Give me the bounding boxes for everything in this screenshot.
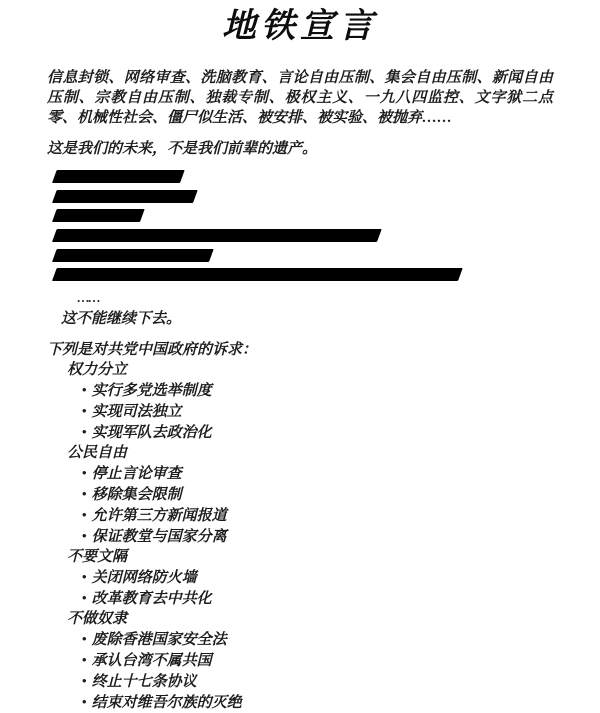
redacted-line bbox=[52, 268, 463, 281]
bullet-icon: • bbox=[82, 588, 87, 608]
demand-item-text: 终止十七条协议 bbox=[92, 674, 197, 690]
demand-item-text: 实现司法独立 bbox=[92, 404, 182, 420]
bullet-icon: • bbox=[82, 567, 87, 587]
demand-item: •停止言论审查 bbox=[82, 463, 600, 484]
redacted-line bbox=[52, 209, 145, 222]
demand-item: •废除香港国家安全法 bbox=[82, 629, 600, 650]
cannot-continue-paragraph: 这不能继续下去。 bbox=[61, 309, 600, 329]
demand-group-heading-no-cultural-isolation: 不要文隔 bbox=[67, 547, 600, 567]
demand-item: •承认台湾不属共国 bbox=[82, 650, 600, 671]
bullet-icon: • bbox=[82, 422, 87, 442]
demands-list: 权力分立 •实行多党选举制度 •实现司法独立 •实现军队去政治化 公民自由 •停… bbox=[0, 360, 600, 713]
demand-item-text: 允许第三方新闻报道 bbox=[92, 508, 227, 524]
demand-item-text: 结束对维吾尔族的灭绝 bbox=[92, 695, 242, 711]
demand-item-text: 移除集会限制 bbox=[92, 487, 182, 503]
demand-item-text: 实现军队去政治化 bbox=[92, 425, 212, 441]
bullet-icon: • bbox=[82, 671, 87, 691]
demand-group-heading-separation-of-powers: 权力分立 bbox=[67, 360, 600, 380]
demands-intro: 下列是对共党中国政府的诉求： bbox=[47, 340, 600, 360]
demand-item: •移除集会限制 bbox=[82, 484, 600, 505]
bullet-icon: • bbox=[82, 629, 87, 649]
page-title: 地铁宣言 bbox=[0, 0, 600, 44]
demand-item: •实现军队去政治化 bbox=[82, 422, 600, 443]
redacted-line bbox=[52, 190, 198, 203]
demand-item-text: 承认台湾不属共国 bbox=[92, 653, 212, 669]
bullet-icon: • bbox=[82, 650, 87, 670]
demand-item-text: 废除香港国家安全法 bbox=[92, 632, 227, 648]
bullet-icon: • bbox=[82, 401, 87, 421]
demand-item: •关闭网络防火墙 bbox=[82, 567, 600, 588]
ellipsis-text: …… bbox=[77, 291, 600, 304]
bullet-icon: • bbox=[82, 380, 87, 400]
demand-item-text: 关闭网络防火墙 bbox=[92, 570, 197, 586]
demand-group-heading-civil-liberties: 公民自由 bbox=[67, 443, 600, 463]
bullet-icon: • bbox=[82, 463, 87, 483]
bullet-icon: • bbox=[82, 692, 87, 712]
demand-item: •实行多党选举制度 bbox=[82, 380, 600, 401]
demand-item-text: 保证教堂与国家分离 bbox=[92, 529, 227, 545]
demand-item-text: 实行多党选举制度 bbox=[92, 383, 212, 399]
demand-item: •实现司法独立 bbox=[82, 401, 600, 422]
redacted-line bbox=[52, 170, 185, 183]
intro-paragraph: 信息封锁、网络审查、洗脑教育、言论自由压制、集会自由压制、新闻自由压制、宗教自由… bbox=[47, 68, 553, 128]
demand-item: •改革教育去中共化 bbox=[82, 588, 600, 609]
manifesto-document: 地铁宣言 信息封锁、网络审查、洗脑教育、言论自由压制、集会自由压制、新闻自由压制… bbox=[0, 0, 600, 713]
demand-item-text: 改革教育去中共化 bbox=[92, 591, 212, 607]
demand-item: •允许第三方新闻报道 bbox=[82, 505, 600, 526]
demand-item: •保证教堂与国家分离 bbox=[82, 526, 600, 547]
demand-item: •结束对维吾尔族的灭绝 bbox=[82, 692, 600, 713]
demand-group-heading-no-slavery: 不做奴隶 bbox=[67, 609, 600, 629]
redacted-line bbox=[52, 229, 382, 242]
demand-item-text: 停止言论审查 bbox=[92, 466, 182, 482]
demand-item: •终止十七条协议 bbox=[82, 671, 600, 692]
redacted-line bbox=[52, 249, 214, 262]
bullet-icon: • bbox=[82, 526, 87, 546]
bullet-icon: • bbox=[82, 484, 87, 504]
redacted-lines-block bbox=[52, 170, 600, 281]
future-paragraph: 这是我们的未来，不是我们前辈的遗产。 bbox=[47, 139, 553, 159]
bullet-icon: • bbox=[82, 505, 87, 525]
